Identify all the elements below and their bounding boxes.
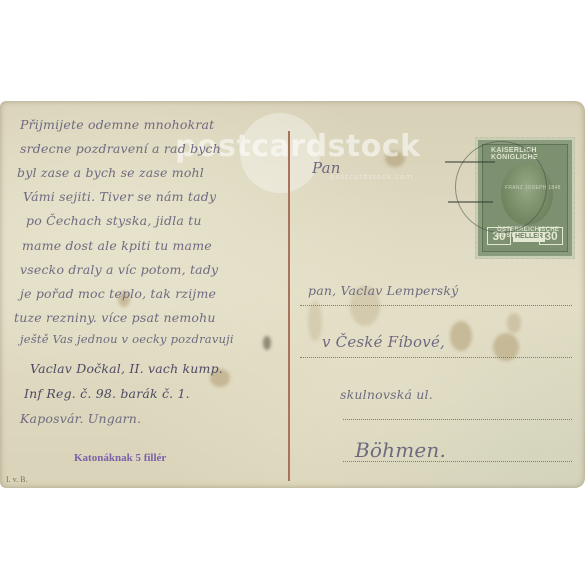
postcard: postcardstock postcardstock.com Přijmije…	[0, 101, 585, 488]
address-line-1: pan, Vaclav Lemperský	[308, 283, 458, 298]
message-line: po Čechach styska, jidla tu	[26, 213, 202, 228]
printed-price-stamp: Katonáknak 5 fillér	[74, 452, 166, 464]
sender-line: Inf Reg. č. 98. barák č. 1.	[24, 386, 190, 401]
message-line: ještě Vas jednou v oecky pozdravuji	[20, 332, 234, 346]
address-rule	[300, 357, 572, 358]
stain	[450, 321, 472, 351]
watermark-subtext: postcardstock.com	[330, 173, 413, 181]
message-line: byl zase a bych se zase mohl	[17, 165, 204, 180]
message-line: vsecko draly a víc potom, tady	[20, 262, 218, 277]
message-line: tuze rezniny. více psat nemohu	[14, 310, 216, 325]
address-line-4: Böhmen.	[355, 438, 446, 462]
stamp-value-right: 30	[539, 227, 563, 245]
sender-line: Kaposvár. Ungarn.	[20, 411, 141, 426]
postmark-icon	[455, 141, 547, 233]
postmark-bar	[448, 201, 493, 203]
message-line: Přijmijete odemne mnohokrat	[20, 117, 214, 132]
address-rule	[300, 305, 572, 306]
address-line-2: v České Fíbové,	[322, 333, 445, 351]
message-line: je pořad moc teplo, tak rzijme	[20, 286, 216, 301]
address-line-3: skulnovská ul.	[340, 387, 433, 402]
printer-mark: I. v. B.	[6, 475, 27, 484]
divider-line	[288, 131, 290, 481]
message-line: Vámi sejiti. Tiver se nám tady	[23, 189, 216, 204]
stain	[507, 313, 521, 333]
postmark-bar	[445, 161, 495, 163]
address-rule	[343, 461, 572, 462]
sender-line: Vaclav Dočkal, II. vach kump.	[30, 361, 223, 376]
stain	[263, 336, 271, 350]
message-line: mame dost ale kpiti tu mame	[22, 238, 212, 253]
stain	[308, 301, 322, 341]
address-rule	[343, 419, 572, 420]
address-salutation: Pan	[312, 159, 341, 177]
message-line: srdecne pozdravení a rad bych	[20, 141, 221, 156]
